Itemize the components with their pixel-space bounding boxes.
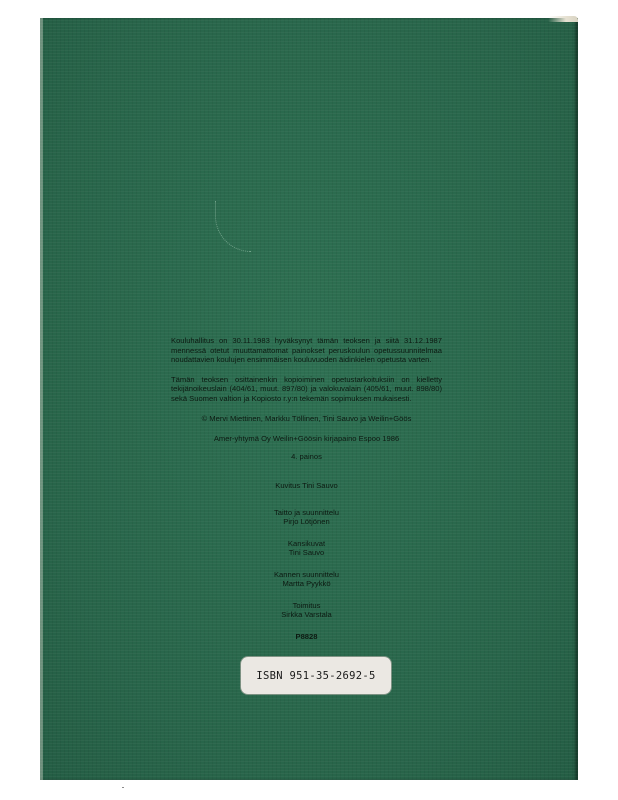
credit-role: Toimitus bbox=[171, 601, 442, 611]
credit-name: Tini Sauvo bbox=[171, 548, 442, 558]
printer-line: Amer-yhtymä Oy Weilin+Göösin kirjapaino … bbox=[171, 434, 442, 444]
approval-paragraph: Kouluhallitus on 30.11.1983 hyväksynyt t… bbox=[171, 336, 442, 365]
product-code: P8828 bbox=[171, 632, 442, 642]
corner-wear bbox=[548, 16, 578, 22]
book-back-cover: Kouluhallitus on 30.11.1983 hyväksynyt t… bbox=[40, 18, 578, 780]
isbn-number: ISBN 951-35-2692-5 bbox=[256, 670, 375, 682]
copyright-paragraph: Tämän teoksen osittainenkin kopioiminen … bbox=[171, 375, 442, 404]
cover-scuff-mark bbox=[215, 201, 251, 252]
credit-name: Martta Pyykkö bbox=[171, 579, 442, 589]
credit-cover-design: Kannen suunnittelu Martta Pyykkö bbox=[171, 570, 442, 589]
imprint-text-block: Kouluhallitus on 30.11.1983 hyväksynyt t… bbox=[171, 336, 442, 642]
credit-editing: Toimitus Sirkka Varstala bbox=[171, 601, 442, 620]
credit-name: Sirkka Varstala bbox=[171, 610, 442, 620]
edition-label: 4. painos bbox=[171, 452, 442, 462]
credit-role: Taitto ja suunnittelu bbox=[171, 508, 442, 518]
illustration-credit: Kuvitus Tini Sauvo bbox=[171, 481, 442, 491]
credit-role: Kannen suunnittelu bbox=[171, 570, 442, 580]
credit-name: Pirjo Lötjönen bbox=[171, 517, 442, 527]
copyright-line: © Mervi Miettinen, Markku Töllinen, Tini… bbox=[171, 414, 442, 424]
credit-layout: Taitto ja suunnittelu Pirjo Lötjönen bbox=[171, 508, 442, 527]
credit-role: Kansikuvat bbox=[171, 539, 442, 549]
scan-speck bbox=[122, 787, 124, 788]
credit-cover-images: Kansikuvat Tini Sauvo bbox=[171, 539, 442, 558]
isbn-sticker: ISBN 951-35-2692-5 bbox=[241, 657, 391, 694]
